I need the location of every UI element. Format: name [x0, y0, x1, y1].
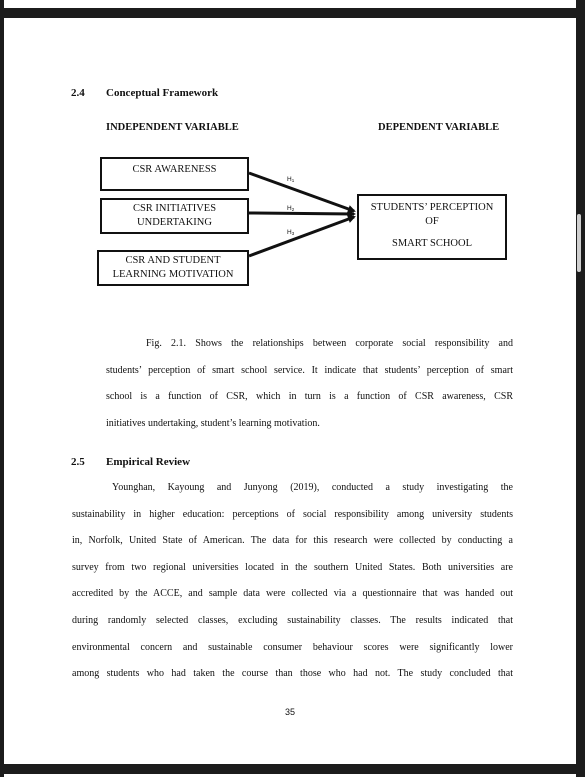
dependent-box-students-perception: STUDENTS’ PERCEPTION OF SMART SCHOOL	[357, 194, 507, 260]
caption-line: Fig. 2.1. Shows the relationships betwee…	[106, 331, 513, 358]
independent-box-csr-initiatives: CSR INITIATIVES UNDERTAKING	[100, 198, 249, 234]
page-separator-top	[0, 8, 585, 18]
paragraph-line: in, Norfolk, United State of American. T…	[72, 528, 513, 555]
independent-box-csr-learning-motivation: CSR AND STUDENT LEARNING MOTIVATION	[97, 250, 249, 286]
caption-line: students’ perception of smart school ser…	[106, 358, 513, 385]
caption-line: school is a function of CSR, which in tu…	[106, 384, 513, 411]
arrow-h3	[249, 217, 354, 256]
vertical-scrollbar-thumb[interactable]	[577, 214, 581, 272]
paragraph-line: Younghan, Kayoung and Junyong (2019), co…	[72, 475, 513, 502]
box-text-line-3: SMART SCHOOL	[392, 237, 472, 251]
paragraph-line: sustainability in higher education: perc…	[72, 502, 513, 529]
hypothesis-label-h3: H3	[287, 229, 294, 236]
independent-box-csr-awareness: CSR AWARENESS	[100, 157, 249, 191]
viewer-border-right	[576, 0, 585, 777]
paragraph-line: environmental concern and sustainable co…	[72, 635, 513, 662]
box-text-line-2: LEARNING MOTIVATION	[113, 268, 234, 282]
section-number-2-5: 2.5	[71, 456, 85, 468]
empirical-review-paragraph: Younghan, Kayoung and Junyong (2019), co…	[72, 475, 513, 688]
arrow-h1	[249, 173, 354, 211]
arrow-h2	[249, 213, 354, 214]
page-number: 35	[4, 707, 576, 717]
box-text-line-1: STUDENTS’ PERCEPTION	[371, 201, 494, 215]
paragraph-line: accredited by the ACCE, and sample data …	[72, 581, 513, 608]
document-page: 2.4 Conceptual Framework INDEPENDENT VAR…	[4, 18, 576, 764]
paragraph-line: among students who had taken the course …	[72, 661, 513, 688]
box-text-line-1: CSR AND STUDENT	[125, 254, 220, 268]
caption-line: initiatives undertaking, student’s learn…	[106, 411, 513, 438]
box-text-line-1: CSR INITIATIVES	[133, 202, 216, 216]
box-text-line-2: UNDERTAKING	[137, 216, 212, 230]
page-separator-bottom	[0, 764, 585, 774]
hypothesis-label-h2: H2	[287, 205, 294, 212]
hypothesis-label-h1: H1	[287, 176, 294, 183]
hypothesis-arrows	[4, 18, 576, 318]
section-title-empirical-review: Empirical Review	[106, 456, 190, 468]
previous-page-edge	[4, 0, 576, 8]
figure-caption-paragraph: Fig. 2.1. Shows the relationships betwee…	[106, 331, 513, 437]
box-text-line-2: OF	[425, 215, 438, 229]
paragraph-line: survey from two regional universities lo…	[72, 555, 513, 582]
box-text: CSR AWARENESS	[132, 163, 216, 177]
paragraph-line: during randomly selected classes, exclud…	[72, 608, 513, 635]
